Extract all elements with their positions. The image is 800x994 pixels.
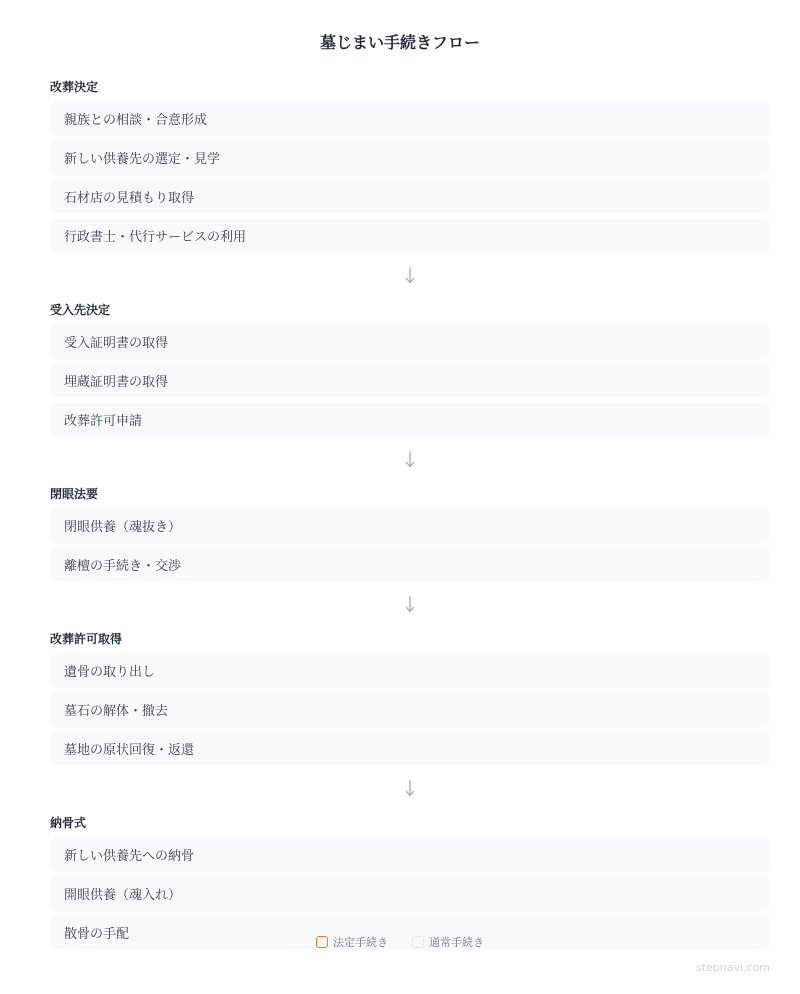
step-item: 改葬許可申請 xyxy=(50,402,770,437)
step-item: 親族との相談・合意形成 xyxy=(50,101,770,136)
stage-label: 改葬許可取得 xyxy=(50,632,770,647)
step-item: 受入証明書の取得 xyxy=(50,324,770,359)
legend-legal-label: 法定手続き xyxy=(333,934,388,950)
step-item: 閉眼供養（魂抜き） xyxy=(50,508,770,543)
legend-legal: 法定手続き xyxy=(316,934,388,950)
step-item: 離檀の手続き・交渉 xyxy=(50,547,770,582)
flow-diagram: 改葬決定 親族との相談・合意形成 新しい供養先の選定・見学 石材店の見積もり取得… xyxy=(50,80,770,954)
step-item: 埋蔵証明書の取得 xyxy=(50,363,770,398)
stage-label: 納骨式 xyxy=(50,816,770,831)
step-item: 新しい供養先の選定・見学 xyxy=(50,140,770,175)
legend: 法定手続き 通常手続き xyxy=(0,934,800,950)
stage-label: 閉眼法要 xyxy=(50,487,770,502)
legal-swatch-icon xyxy=(316,936,328,948)
stage-heigan-hoyo: 閉眼法要 閉眼供養（魂抜き） 離檀の手続き・交渉 xyxy=(50,487,770,582)
stage-kaiso-kyoka: 改葬許可取得 遺骨の取り出し 墓石の解体・撤去 墓地の原状回復・返還 xyxy=(50,632,770,766)
stage-label: 受入先決定 xyxy=(50,303,770,318)
step-item: 行政書士・代行サービスの利用 xyxy=(50,218,770,253)
step-item: 墓石の解体・撤去 xyxy=(50,692,770,727)
arrow-down-icon xyxy=(50,582,770,626)
step-item: 遺骨の取り出し xyxy=(50,653,770,688)
step-item: 石材店の見積もり取得 xyxy=(50,179,770,214)
legend-normal-label: 通常手続き xyxy=(429,934,484,950)
legend-normal: 通常手続き xyxy=(412,934,484,950)
stage-ukeire-kettei: 受入先決定 受入証明書の取得 埋蔵証明書の取得 改葬許可申請 xyxy=(50,303,770,437)
normal-swatch-icon xyxy=(412,936,424,948)
footer-credit: stepnavi.com xyxy=(696,961,770,974)
page-title: 墓じまい手続きフロー xyxy=(0,33,800,53)
arrow-down-icon xyxy=(50,253,770,297)
step-item: 新しい供養先への納骨 xyxy=(50,837,770,872)
stage-kaiso-kettei: 改葬決定 親族との相談・合意形成 新しい供養先の選定・見学 石材店の見積もり取得… xyxy=(50,80,770,253)
arrow-down-icon xyxy=(50,437,770,481)
stage-nokotsu: 納骨式 新しい供養先への納骨 開眼供養（魂入れ） 散骨の手配 xyxy=(50,816,770,950)
stage-label: 改葬決定 xyxy=(50,80,770,95)
step-item: 墓地の原状回復・返還 xyxy=(50,731,770,766)
arrow-down-icon xyxy=(50,766,770,810)
step-item: 開眼供養（魂入れ） xyxy=(50,876,770,911)
